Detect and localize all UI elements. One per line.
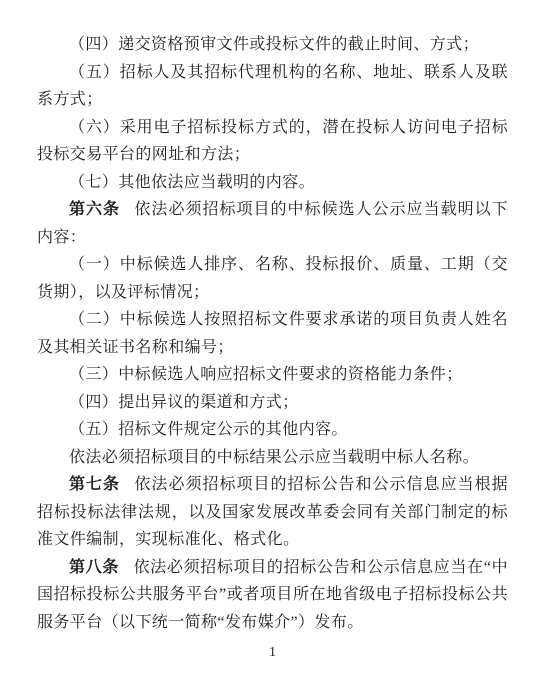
paragraph-text: （四）提出异议的渠道和方式； bbox=[69, 394, 299, 411]
document-page: （四）递交资格预审文件或投标文件的截止时间、方式； （五）招标人及其招标代理机构… bbox=[0, 0, 544, 696]
paragraph-text: （三）中标候选人响应招标文件要求的资格能力条件； bbox=[69, 366, 463, 383]
paragraph: （四）提出异议的渠道和方式； bbox=[37, 389, 508, 417]
paragraph-text: （六）采用电子招标投标方式的，潜在投标人访问电子招标投标交易平台的网址和方法； bbox=[37, 119, 508, 164]
paragraph: （七）其他依法应当载明的内容。 bbox=[37, 169, 508, 197]
paragraph-text: （七）其他依法应当载明的内容。 bbox=[69, 174, 315, 191]
paragraph-text: （五）招标人及其招标代理机构的名称、地址、联系人及联系方式； bbox=[37, 64, 508, 109]
paragraph: （五）招标文件规定公示的其他内容。 bbox=[37, 416, 508, 444]
page-footer: 1 bbox=[37, 643, 508, 661]
paragraph-text: （一）中标候选人排序、名称、投标报价、质量、工期（交货期），以及评标情况； bbox=[37, 256, 508, 301]
paragraph-text: 依法必须招标项目的中标结果公示应当载明中标人名称。 bbox=[69, 449, 479, 466]
paragraph-text: （二）中标候选人按照招标文件要求承诺的项目负责人姓名及其相关证书名称和编号； bbox=[37, 311, 508, 356]
paragraph: （二）中标候选人按照招标文件要求承诺的项目负责人姓名及其相关证书名称和编号； bbox=[37, 306, 508, 361]
paragraph: （四）递交资格预审文件或投标文件的截止时间、方式； bbox=[37, 31, 508, 59]
paragraph-text: （五）招标文件规定公示的其他内容。 bbox=[69, 421, 348, 438]
paragraph: 第八条依法必须招标项目的招标公告和公示信息应当在“中国招标投标公共服务平台”或者… bbox=[37, 554, 508, 637]
document-body: （四）递交资格预审文件或投标文件的截止时间、方式； （五）招标人及其招标代理机构… bbox=[37, 31, 508, 636]
clause-number: 第七条 bbox=[69, 476, 120, 493]
paragraph: 依法必须招标项目的中标结果公示应当载明中标人名称。 bbox=[37, 444, 508, 472]
clause-number: 第八条 bbox=[69, 559, 119, 576]
paragraph: （六）采用电子招标投标方式的，潜在投标人访问电子招标投标交易平台的网址和方法； bbox=[37, 114, 508, 169]
paragraph: （五）招标人及其招标代理机构的名称、地址、联系人及联系方式； bbox=[37, 59, 508, 114]
paragraph: 第六条依法必须招标项目的中标候选人公示应当载明以下内容： bbox=[37, 196, 508, 251]
paragraph: （一）中标候选人排序、名称、投标报价、质量、工期（交货期），以及评标情况； bbox=[37, 251, 508, 306]
paragraph: （三）中标候选人响应招标文件要求的资格能力条件； bbox=[37, 361, 508, 389]
page-number: 1 bbox=[269, 645, 276, 660]
clause-number: 第六条 bbox=[69, 201, 120, 218]
paragraph-text: （四）递交资格预审文件或投标文件的截止时间、方式； bbox=[69, 36, 479, 53]
paragraph: 第七条依法必须招标项目的招标公告和公示信息应当根据招标投标法律法规，以及国家发展… bbox=[37, 471, 508, 554]
